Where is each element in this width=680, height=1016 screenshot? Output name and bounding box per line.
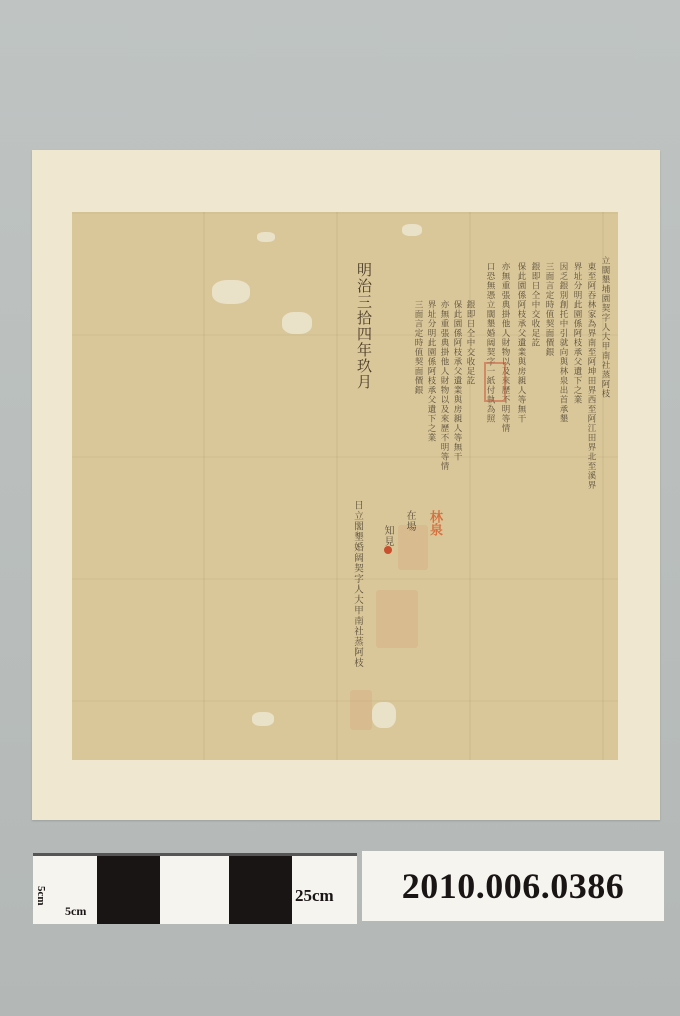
body-column: 三面言定時值契面價銀 [544, 262, 554, 357]
paper-loss [402, 224, 422, 236]
scale-label-vertical: 5cm [35, 886, 47, 906]
faint-seal [350, 690, 372, 730]
body-column: 保此園係阿枝承父遺業與房親人等無干 [452, 300, 462, 462]
paper-loss [372, 702, 396, 728]
seal-name: 林泉 [425, 510, 444, 536]
small-red-seal [384, 546, 392, 554]
scale-segment-black [97, 856, 160, 924]
body-column: 保此園係阿枝承父遺業與房親人等無干 [516, 262, 526, 424]
red-seal [484, 362, 506, 402]
accession-label: 2010.006.0386 [362, 851, 664, 921]
paper-loss [252, 712, 274, 726]
paper-loss [282, 312, 312, 334]
body-column: 東至阿吞林家為界南至阿坤田界西至阿江田界北至溪界 [586, 262, 596, 490]
body-column: 因乏銀別創托中引就向與林泉出首承墾 [558, 262, 568, 424]
scale-label-left: 5cm [65, 904, 86, 919]
signatory-label: 知見 [382, 525, 392, 547]
body-column: 亦無重張典掛他人財物以及來歷不明等情 [500, 262, 510, 433]
paper-loss [212, 280, 250, 304]
signatory-label: 在場 [404, 510, 414, 532]
body-column: 銀即日仝中交收足訖 [530, 262, 540, 348]
paper-loss [257, 232, 275, 242]
body-column: 立闊墾埔園契字人大甲南社蒸阿枝 [600, 256, 610, 399]
body-column: 界址分明此園係阿枝承父遺下之業 [426, 300, 436, 443]
body-column: 三面言定時值契面價銀 [413, 300, 423, 395]
accession-number: 2010.006.0386 [402, 865, 625, 907]
body-column: 界址分明此園係阿枝承父遺下之業 [572, 262, 582, 405]
body-column: 亦無重張典掛他人財物以及來歷不明等情 [439, 300, 449, 471]
signature-column: 日立閣墾婚阔契字人大甲南社蒸阿枝 [352, 500, 363, 668]
body-column: 銀即日仝中交收足訖 [465, 300, 475, 386]
scale-label-right: 25cm [295, 886, 334, 906]
scale-segment-black [229, 856, 292, 924]
scale-bar: 5cm 5cm 25cm [33, 853, 357, 924]
faint-seal [376, 590, 418, 648]
date-column: 明治三拾四年玖月 [356, 262, 372, 390]
